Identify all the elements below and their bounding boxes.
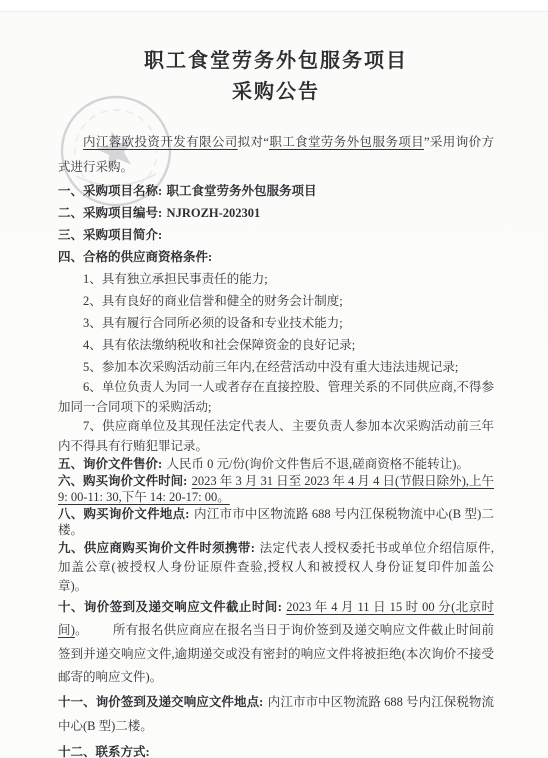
- buyer-company-name: 内江蓉欧投资开发有限公司: [83, 135, 238, 149]
- qualification-item: 2、具有良好的商业信誉和健全的财务会计制度;: [58, 290, 494, 312]
- section-submission-deadline: 十、询价签到及递交响应文件截止时间:2023 年 4 月 11 日 15 时 0…: [58, 596, 494, 690]
- qualification-item: 3、具有履行合同所必须的设备和专业技术能力;: [58, 312, 494, 334]
- section-purchase-time: 六、购买询价文件时间:2023 年 3 月 31 日至 2023 年 4 月 4…: [58, 473, 494, 506]
- project-name: 职工食堂劳务外包服务项目: [269, 135, 424, 149]
- section-value: NJROZH-202301: [167, 206, 261, 220]
- section-value: 人民币 0 元/份(询价文件售后不退,磋商资格不能转让)。: [167, 457, 469, 471]
- intro-paragraph: 内江蓉欧投资开发有限公司拟对“职工食堂劳务外包服务项目”采用询价方式进行采购。: [58, 130, 494, 180]
- document-title: 职工食堂劳务外包服务项目 采购公告: [58, 46, 494, 108]
- section-label: 五、询价文件售价:: [58, 457, 162, 471]
- section-label: 九、供应商购买询价文件时须携带:: [58, 541, 255, 555]
- title-line-2: 采购公告: [58, 77, 494, 108]
- section-project-number: 二、采购项目编号:NJROZH-202301: [58, 202, 494, 224]
- section-label: 二、采购项目编号:: [58, 206, 162, 220]
- qualification-item: 1、具有独立承担民事责任的能力;: [58, 268, 494, 290]
- intro-mid-text: 拟对“: [238, 135, 269, 149]
- title-line-1: 职工食堂劳务外包服务项目: [58, 46, 494, 77]
- section-supplier-qualifications: 四、合格的供应商资格条件:: [58, 246, 494, 268]
- deadline-period: 。: [75, 623, 88, 637]
- qualification-item: 7、供应商单位及其现任法定代表人、主要负责人参加本次采购活动前三年内不得具有行贿…: [58, 417, 494, 456]
- qualification-item: 4、具有依法缴纳税收和社会保障资金的良好记录;: [58, 334, 494, 356]
- deadline-note: 所有报名供应商应在报名当日于询价签到及递交响应文件截止时间前签到并递交响应文件,…: [58, 623, 494, 684]
- section-label: 六、购买询价文件时间:: [58, 474, 187, 488]
- section-label: 十、询价签到及递交响应文件截止时间:: [58, 600, 282, 614]
- qualification-item: 6、单位负责人为同一人或者存在直接控股、管理关系的不同供应商,不得参加同一合同项…: [58, 378, 494, 417]
- qualification-item: 5、参加本次采购活动前三年内,在经营活动中没有重大违法违规记录;: [58, 356, 494, 378]
- section-required-documents: 九、供应商购买询价文件时须携带:法定代表人授权委托书或单位介绍信原件,加盖公章(…: [58, 539, 494, 596]
- section-purchase-place: 八、购买询价文件地点:内江市市中区物流路 688 号内江保税物流中心(B 型)二…: [58, 506, 494, 539]
- section-label: 三、采购项目简介:: [58, 228, 162, 242]
- section-label: 四、合格的供应商资格条件:: [58, 250, 212, 264]
- section-submission-place: 十一、询价签到及递交响应文件地点:内江市市中区物流路 688 号内江保税物流中心…: [58, 690, 494, 738]
- section-project-name: 一、采购项目名称:职工食堂劳务外包服务项目: [58, 180, 494, 202]
- section-label: 十一、询价签到及递交响应文件地点:: [58, 695, 263, 709]
- section-label: 八、购买询价文件地点:: [58, 507, 189, 521]
- section-value: 职工食堂劳务外包服务项目: [167, 184, 317, 198]
- section-project-brief: 三、采购项目简介:: [58, 224, 494, 246]
- section-contact-info: 十二、联系方式:: [58, 740, 494, 758]
- section-label: 一、采购项目名称:: [58, 184, 162, 198]
- section-document-price: 五、询价文件售价:人民币 0 元/份(询价文件售后不退,磋商资格不能转让)。: [58, 456, 494, 473]
- scanned-document-page: 职工食堂劳务外包服务项目 采购公告 内江蓉欧投资开发有限公司拟对“职工食堂劳务外…: [0, 0, 548, 758]
- section-label: 十二、联系方式:: [58, 745, 150, 758]
